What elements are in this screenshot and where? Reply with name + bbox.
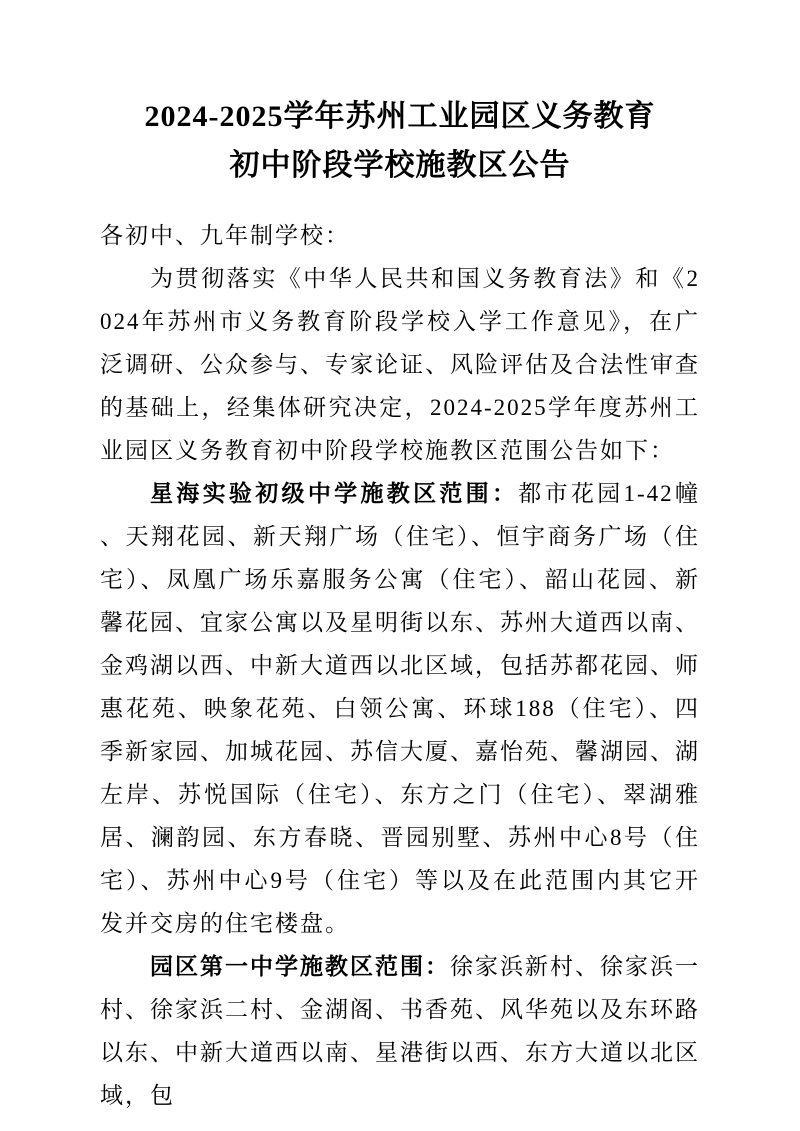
intro-paragraph: 为贯彻落实《中华人民共和国义务教育法》和《2024年苏州市义务教育阶段学校入学工… [100,257,700,472]
xinghai-school-district-text: 都市花园1-42幢、天翔花园、新天翔广场（住宅）、恒宇商务广场（住宅）、凤凰广场… [100,481,700,936]
title-line-2: 初中阶段学校施教区公告 [100,141,700,190]
document-title: 2024-2025学年苏州工业园区义务教育 初中阶段学校施教区公告 [100,92,700,190]
no1-middle-school-district-lead: 园区第一中学施教区范围： [150,954,450,979]
salutation-line: 各初中、九年制学校： [100,214,700,257]
district-paragraph-xinghai-school: 星海实验初级中学施教区范围：都市花园1-42幢、天翔花园、新天翔广场（住宅）、恒… [100,472,700,945]
intro-paragraph-text: 为贯彻落实《中华人民共和国义务教育法》和《2024年苏州市义务教育阶段学校入学工… [100,266,700,463]
document-page: 2024-2025学年苏州工业园区义务教育 初中阶段学校施教区公告 各初中、九年… [0,0,800,1131]
district-paragraph-no1-middle-school: 园区第一中学施教区范围：徐家浜新村、徐家浜一村、徐家浜二村、金湖阁、书香苑、风华… [100,945,700,1117]
title-line-1: 2024-2025学年苏州工业园区义务教育 [100,92,700,141]
xinghai-school-district-lead: 星海实验初级中学施教区范围： [150,481,518,506]
